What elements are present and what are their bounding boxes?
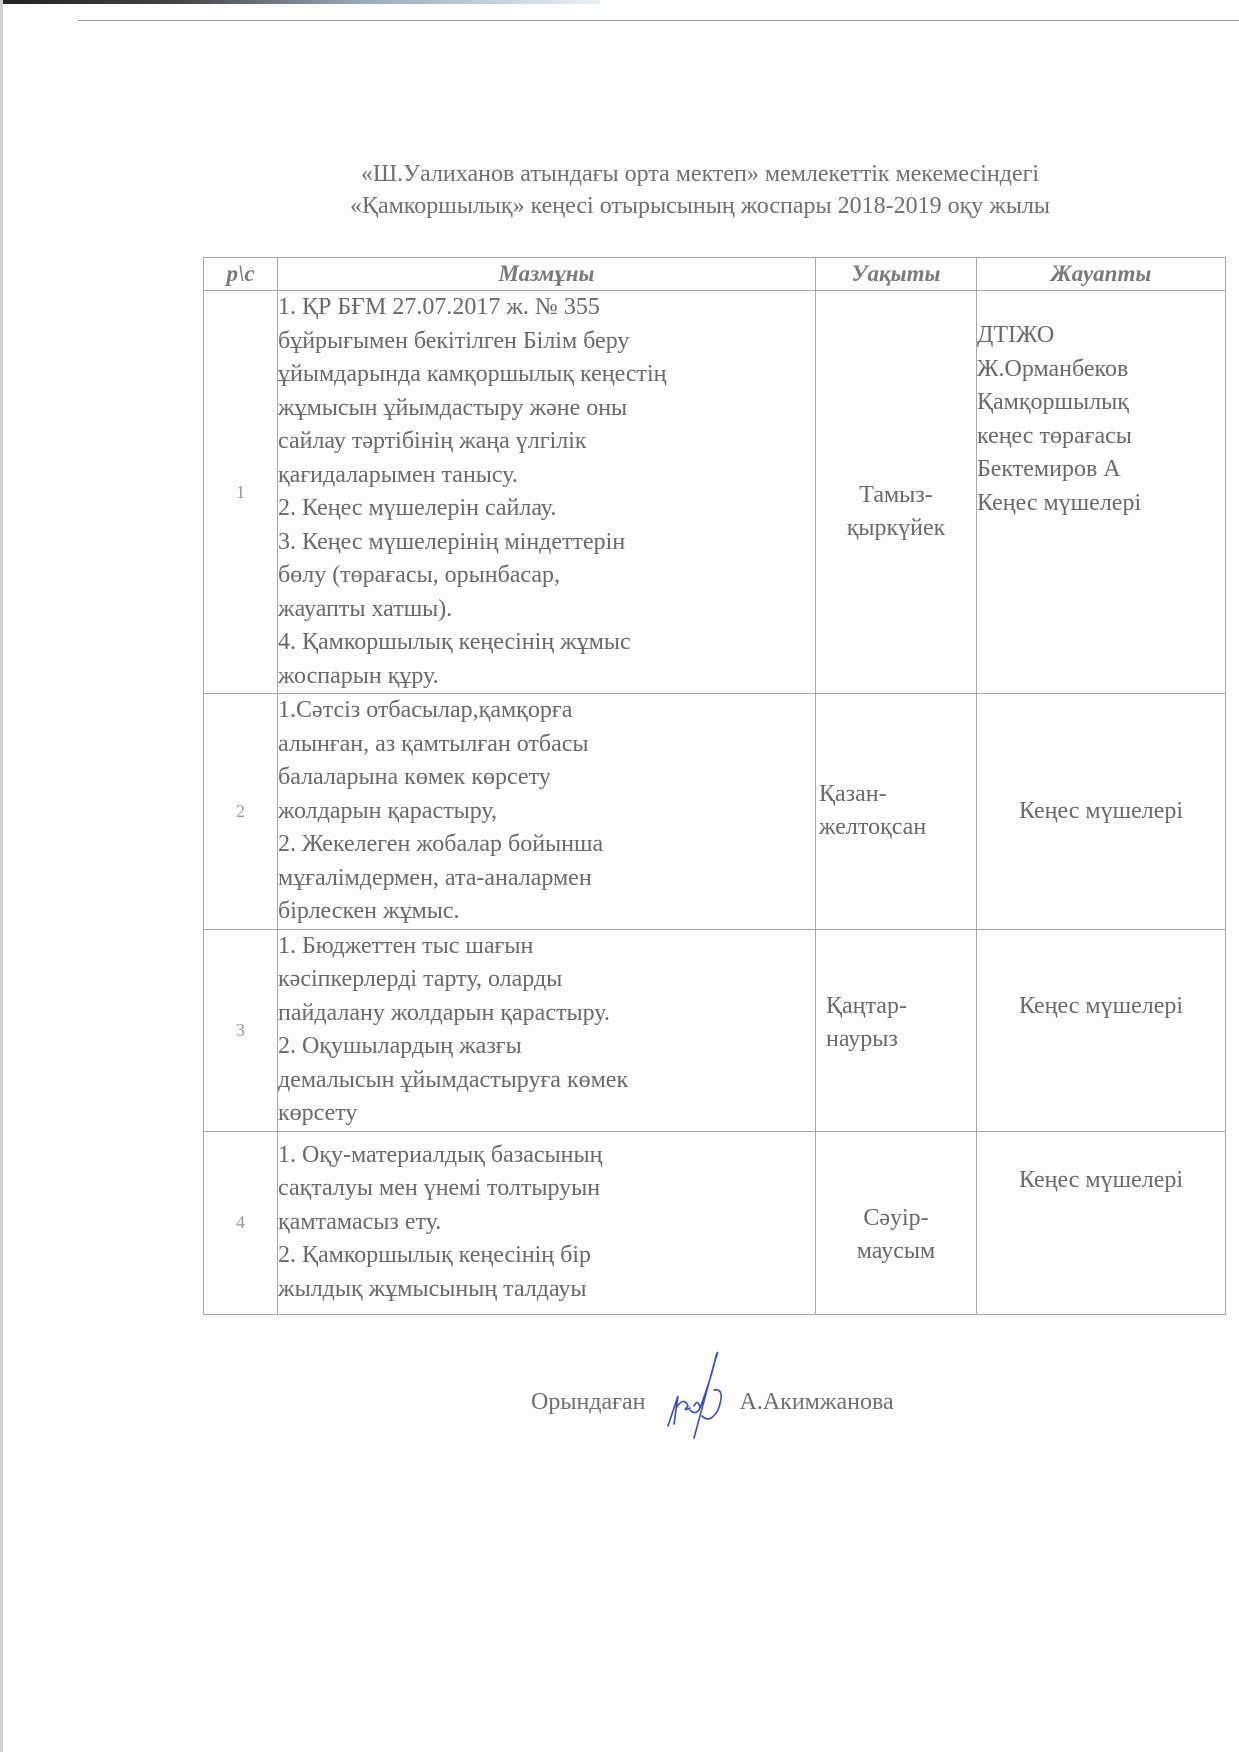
responsible-cell-line: Кеңес мүшелері (977, 487, 1225, 521)
time-cell: Тамыз-қыркүйек (816, 291, 977, 694)
responsible-cell-line: ДТІЖО (977, 319, 1225, 353)
time-cell-line: қыркүйек (816, 512, 976, 546)
content-cell-line: жауапты хатшы). (278, 593, 815, 627)
responsible-cell-line: Кеңес мүшелері (977, 795, 1225, 829)
responsible-cell: Кеңес мүшелері (977, 929, 1226, 1131)
content-cell-line: балаларына көмек көрсету (278, 761, 815, 795)
content-cell-line: пайдалану жолдарын қарастыру. (278, 997, 815, 1031)
content-cell: 1. Бюджеттен тыс шағынкәсіпкерлерді тарт… (278, 929, 816, 1131)
time-cell: Сәуір-маусым (816, 1131, 977, 1314)
content-cell-line: бөлу (төрағасы, орынбасар, (278, 559, 815, 593)
plan-table: р\с Мазмұны Уақыты Жауапты 11. ҚР БҒМ 27… (203, 257, 1226, 1315)
content-cell-line: 2. Жекелеген жобалар бойынша (278, 828, 815, 862)
content-cell-line: жұмысын ұйымдастыру және оны (278, 392, 815, 426)
row-number: 2 (204, 694, 278, 930)
scan-left-edge (0, 0, 3, 1752)
content-cell: 1. Оқу-материалдық базасыныңсақталуы мен… (278, 1131, 816, 1314)
document-heading: «Ш.Уалиханов атындағы орта мектеп» мемле… (250, 158, 1150, 222)
time-cell-line: Қазан- (819, 778, 976, 812)
row-number: 3 (204, 929, 278, 1131)
table-row: 11. ҚР БҒМ 27.07.2017 ж. № 355бұйрығымен… (204, 291, 1226, 694)
content-cell-line: 1.Сәтсіз отбасылар,қамқорға (278, 694, 815, 728)
content-cell-line: мұғалімдермен, ата-аналармен (278, 862, 815, 896)
time-cell: Қаңтар-наурыз (816, 929, 977, 1131)
content-cell-line: 2. Қамкоршылық кеңесінің бір (278, 1239, 815, 1273)
row-number: 1 (204, 291, 278, 694)
content-cell-line: жылдық жұмысының талдауы (278, 1273, 815, 1307)
handwritten-signature-icon (654, 1346, 732, 1446)
content-cell-line: сақталуы мен үнемі толтыруын (278, 1172, 815, 1206)
time-cell-line: Қаңтар- (826, 990, 976, 1024)
content-cell-line: алынған, аз қамтылған отбасы (278, 728, 815, 762)
responsible-cell-line: Ж.Орманбеков (977, 353, 1225, 387)
scan-top-edge (0, 0, 600, 4)
column-header-content: Мазмұны (278, 258, 816, 291)
content-cell-line: 2. Оқушылардың жазғы (278, 1030, 815, 1064)
content-cell-line: қамтамасыз ету. (278, 1206, 815, 1240)
responsible-cell: ДТІЖОЖ.ОрманбековҚамқоршылықкеңес төраға… (977, 291, 1226, 694)
content-cell-line: көрсету (278, 1097, 815, 1131)
content-cell: 1.Сәтсіз отбасылар,қамқорғаалынған, аз қ… (278, 694, 816, 930)
scan-artifact-line (78, 20, 1239, 21)
column-header-number: р\с (204, 258, 278, 291)
signature-block: Орындаған А.Акимжанова (531, 1352, 894, 1452)
table-row: 21.Сәтсіз отбасылар,қамқорғаалынған, аз … (204, 694, 1226, 930)
content-cell-line: демалысын ұйымдастыруға көмек (278, 1064, 815, 1098)
responsible-cell: Кеңес мүшелері (977, 694, 1226, 930)
table-row: 41. Оқу-материалдық базасыныңсақталуы ме… (204, 1131, 1226, 1314)
responsible-cell: Кеңес мүшелері (977, 1131, 1226, 1314)
content-cell-line: бұйрығымен бекітілген Білім беру (278, 325, 815, 359)
row-number: 4 (204, 1131, 278, 1314)
content-cell-line: қағидаларымен танысу. (278, 459, 815, 493)
content-cell-line: ұйымдарында камқоршылық кеңестің (278, 358, 815, 392)
content-cell-line: 1. Оқу-материалдық базасының (278, 1139, 815, 1173)
content-cell-line: бірлескен жұмыс. (278, 895, 815, 929)
heading-line-1: «Ш.Уалиханов атындағы орта мектеп» мемле… (250, 158, 1150, 190)
table-row: 31. Бюджеттен тыс шағынкәсіпкерлерді тар… (204, 929, 1226, 1131)
column-header-time: Уақыты (816, 258, 977, 291)
content-cell-line: 2. Кеңес мүшелерін сайлау. (278, 492, 815, 526)
content-cell-line: 1. ҚР БҒМ 27.07.2017 ж. № 355 (278, 291, 815, 325)
time-cell-line: желтоқсан (819, 811, 976, 845)
content-cell: 1. ҚР БҒМ 27.07.2017 ж. № 355бұйрығымен … (278, 291, 816, 694)
content-cell-line: жоспарын құру. (278, 660, 815, 694)
content-cell-line: жолдарын қарастыру, (278, 795, 815, 829)
signatory-name: А.Акимжанова (740, 1389, 894, 1416)
responsible-cell-line: кеңес төрағасы (977, 420, 1225, 454)
responsible-cell-line: Кеңес мүшелері (977, 1164, 1225, 1198)
table-header-row: р\с Мазмұны Уақыты Жауапты (204, 258, 1226, 291)
content-cell-line: 4. Қамкоршылық кеңесінің жұмыс (278, 626, 815, 660)
responsible-cell-line: Бектемиров А (977, 453, 1225, 487)
time-cell-line: маусым (816, 1235, 976, 1269)
time-cell: Қазан-желтоқсан (816, 694, 977, 930)
content-cell-line: 1. Бюджеттен тыс шағын (278, 930, 815, 964)
responsible-cell-line: Кеңес мүшелері (977, 990, 1225, 1024)
time-cell-line: наурыз (826, 1023, 976, 1057)
responsible-cell-line: Қамқоршылық (977, 386, 1225, 420)
column-header-responsible: Жауапты (977, 258, 1226, 291)
time-cell-line: Тамыз- (816, 479, 976, 513)
signature-label: Орындаған (531, 1389, 646, 1416)
content-cell-line: 3. Кеңес мүшелерінің міндеттерін (278, 526, 815, 560)
content-cell-line: кәсіпкерлерді тарту, оларды (278, 963, 815, 997)
time-cell-line: Сәуір- (816, 1202, 976, 1236)
heading-line-2: «Қамкоршылық» кеңесі отырысының жоспары … (250, 190, 1150, 222)
content-cell-line: сайлау тәртібінің жаңа үлгілік (278, 425, 815, 459)
